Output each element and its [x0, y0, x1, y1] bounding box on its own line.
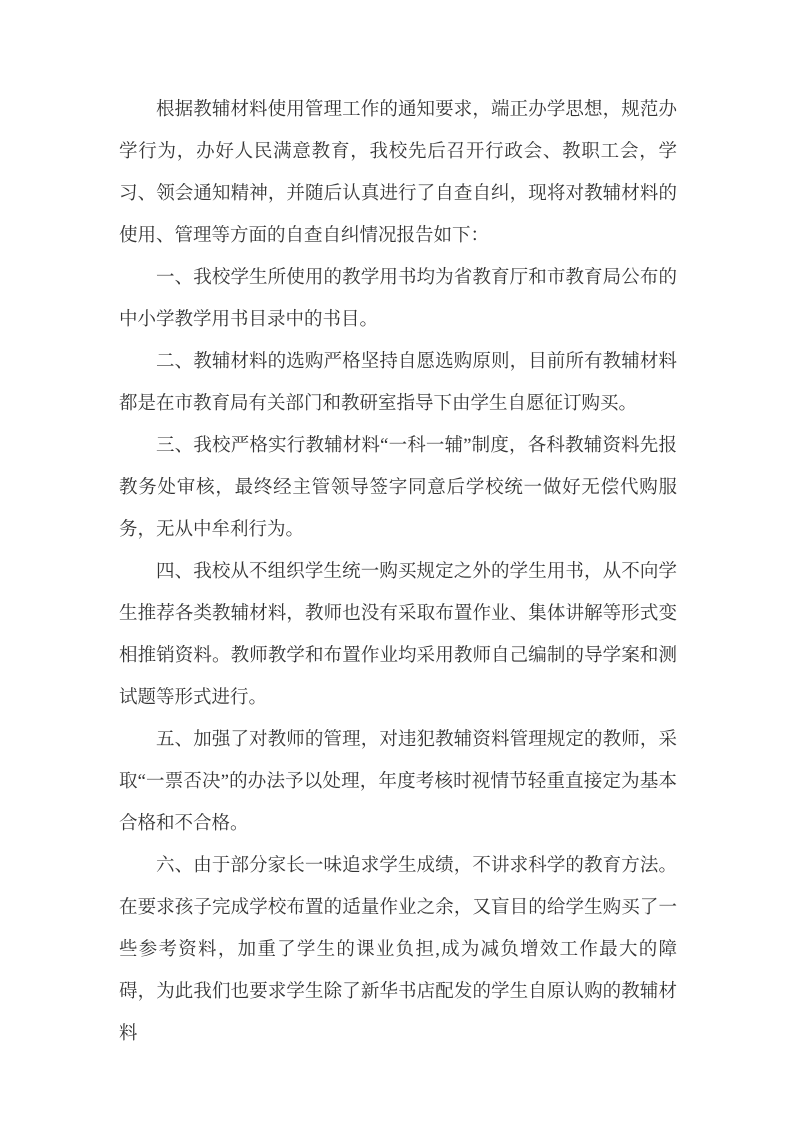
document-body: 根据教辅材料使用管理工作的通知要求，端正办学思想，规范办学行为，办好人民满意教育… [119, 89, 677, 1055]
paragraph-item-2: 二、教辅材料的选购严格坚持自愿选购原则，目前所有教辅材料都是在市教育局有关部门和… [119, 341, 677, 425]
paragraph-item-1: 一、我校学生所使用的教学用书均为省教育厅和市教育局公布的中小学教学用书目录中的书… [119, 257, 677, 341]
paragraph-item-3: 三、我校严格实行教辅材料“一科一辅”制度，各科教辅资料先报教务处审核，最终经主管… [119, 425, 677, 551]
document-page: 根据教辅材料使用管理工作的通知要求，端正办学思想，规范办学行为，办好人民满意教育… [0, 0, 793, 1122]
paragraph-item-4: 四、我校从不组织学生统一购买规定之外的学生用书，从不向学生推荐各类教辅材料，教师… [119, 551, 677, 719]
paragraph-item-5: 五、加强了对教师的管理，对违犯教辅资料管理规定的教师，采取“一票否决”的办法予以… [119, 719, 677, 845]
paragraph-item-6: 六、由于部分家长一味追求学生成绩，不讲求科学的教育方法。在要求孩子完成学校布置的… [119, 845, 677, 1055]
paragraph-intro: 根据教辅材料使用管理工作的通知要求，端正办学思想，规范办学行为，办好人民满意教育… [119, 89, 677, 257]
